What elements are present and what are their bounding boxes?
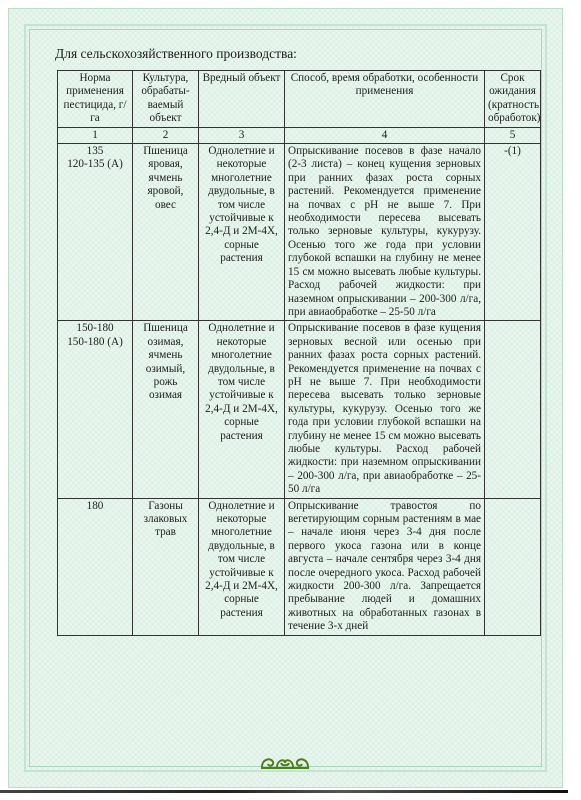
table-row: 150-180 150-180 (А)Пшеница озимая, ячмен… bbox=[58, 321, 541, 498]
pest-cell: Однолетние и некоторые многолетние двудо… bbox=[199, 144, 285, 321]
table-row: 135 120-135 (А)Пшеница яровая, ячмень яр… bbox=[58, 144, 541, 321]
waiting-cell: -(1) bbox=[485, 144, 541, 321]
header-crop: Культура, обрабаты-ваемый объект bbox=[133, 71, 199, 128]
crop-cell: Пшеница озимая, ячмень озимый, рожь озим… bbox=[133, 321, 199, 498]
method-cell: Опрыскивание травостоя по вегетирующим с… bbox=[285, 498, 485, 635]
waiting-cell bbox=[485, 498, 541, 635]
column-number: 1 bbox=[58, 127, 133, 143]
header-pest: Вредный объект bbox=[199, 71, 285, 128]
crop-cell: Пшеница яровая, ячмень яровой, овес bbox=[133, 144, 199, 321]
crop-cell: Газоны злаковых трав bbox=[133, 498, 199, 635]
column-number: 2 bbox=[133, 127, 199, 143]
rate-cell: 180 bbox=[58, 498, 133, 635]
section-heading: Для сельскохозяйственного производства: bbox=[55, 46, 297, 62]
header-waiting: Срок ожидания (кратность обработок) bbox=[485, 71, 541, 128]
page-edge-shadow bbox=[0, 790, 568, 793]
method-cell: Опрыскивание посевов в фазе кущения зерн… bbox=[285, 321, 485, 498]
column-number: 5 bbox=[485, 127, 541, 143]
header-rate: Норма применения пестицида, г/га bbox=[58, 71, 133, 128]
waiting-cell bbox=[485, 321, 541, 498]
column-number: 3 bbox=[199, 127, 285, 143]
rate-cell: 150-180 150-180 (А) bbox=[58, 321, 133, 498]
column-number-row: 1 2 3 4 5 bbox=[58, 127, 541, 143]
column-number: 4 bbox=[285, 127, 485, 143]
pest-cell: Однолетние и некоторые многолетние двудо… bbox=[199, 498, 285, 635]
table-row: 180Газоны злаковых травОднолетние и неко… bbox=[58, 498, 541, 635]
pest-cell: Однолетние и некоторые многолетние двудо… bbox=[199, 321, 285, 498]
rate-cell: 135 120-135 (А) bbox=[58, 144, 133, 321]
method-cell: Опрыскивание посевов в фазе начало (2-3 … bbox=[285, 144, 485, 321]
floral-ornament-icon bbox=[259, 754, 311, 770]
table-header-row: Норма применения пестицида, г/га Культур… bbox=[58, 71, 541, 128]
pesticide-regulation-table: Норма применения пестицида, г/га Культур… bbox=[57, 70, 541, 636]
header-method: Способ, время обработки, особенности при… bbox=[285, 71, 485, 128]
